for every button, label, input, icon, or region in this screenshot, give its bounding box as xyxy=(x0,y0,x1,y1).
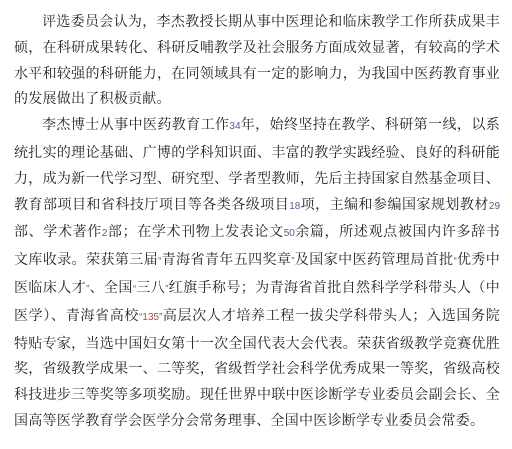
text-run: 项，主编和参编国家规划教材 xyxy=(300,196,489,212)
text-run: 三八 xyxy=(136,279,165,295)
text-run: 青海省青年五四奖章 xyxy=(161,251,291,267)
quoted-ref-run: “135” xyxy=(139,312,162,323)
text-run: 及国家中医药管理局首批 xyxy=(295,251,454,267)
text-run: 部；在学术刊物上发表论文 xyxy=(107,223,283,239)
document-page: 评选委员会认为，李杰教授长期从事中医理论和临床教学工作所获成果丰硕，在科研成果转… xyxy=(0,0,512,449)
small-number-run: 50 xyxy=(284,228,295,239)
small-number-run: 34 xyxy=(229,121,240,132)
text-run: 高层次人才培养工程一拔尖学科带头人；入选国务院特贴专家，当选中国妇女第十一次全国… xyxy=(14,307,500,428)
paragraph: 李杰博士从事中医药教育工作34年，始终坚持在教学、科研第一线，以系统扎实的理论基… xyxy=(14,112,500,434)
document-body: 评选委员会认为，李杰教授长期从事中医理论和临床教学工作所获成果丰硕，在科研成果转… xyxy=(14,9,500,434)
text-run: 李杰博士从事中医药教育工作 xyxy=(42,116,229,132)
text-run: 评选委员会认为，李杰教授长期从事中医理论和临床教学工作所获成果丰硕，在科研成果转… xyxy=(14,13,500,106)
text-run: 、全国 xyxy=(89,279,132,295)
paragraph: 评选委员会认为，李杰教授长期从事中医理论和临床教学工作所获成果丰硕，在科研成果转… xyxy=(14,9,500,112)
small-number-run: 29 xyxy=(489,201,500,212)
text-run: 部、学术著作 xyxy=(14,223,102,239)
small-number-run: 18 xyxy=(289,201,300,212)
